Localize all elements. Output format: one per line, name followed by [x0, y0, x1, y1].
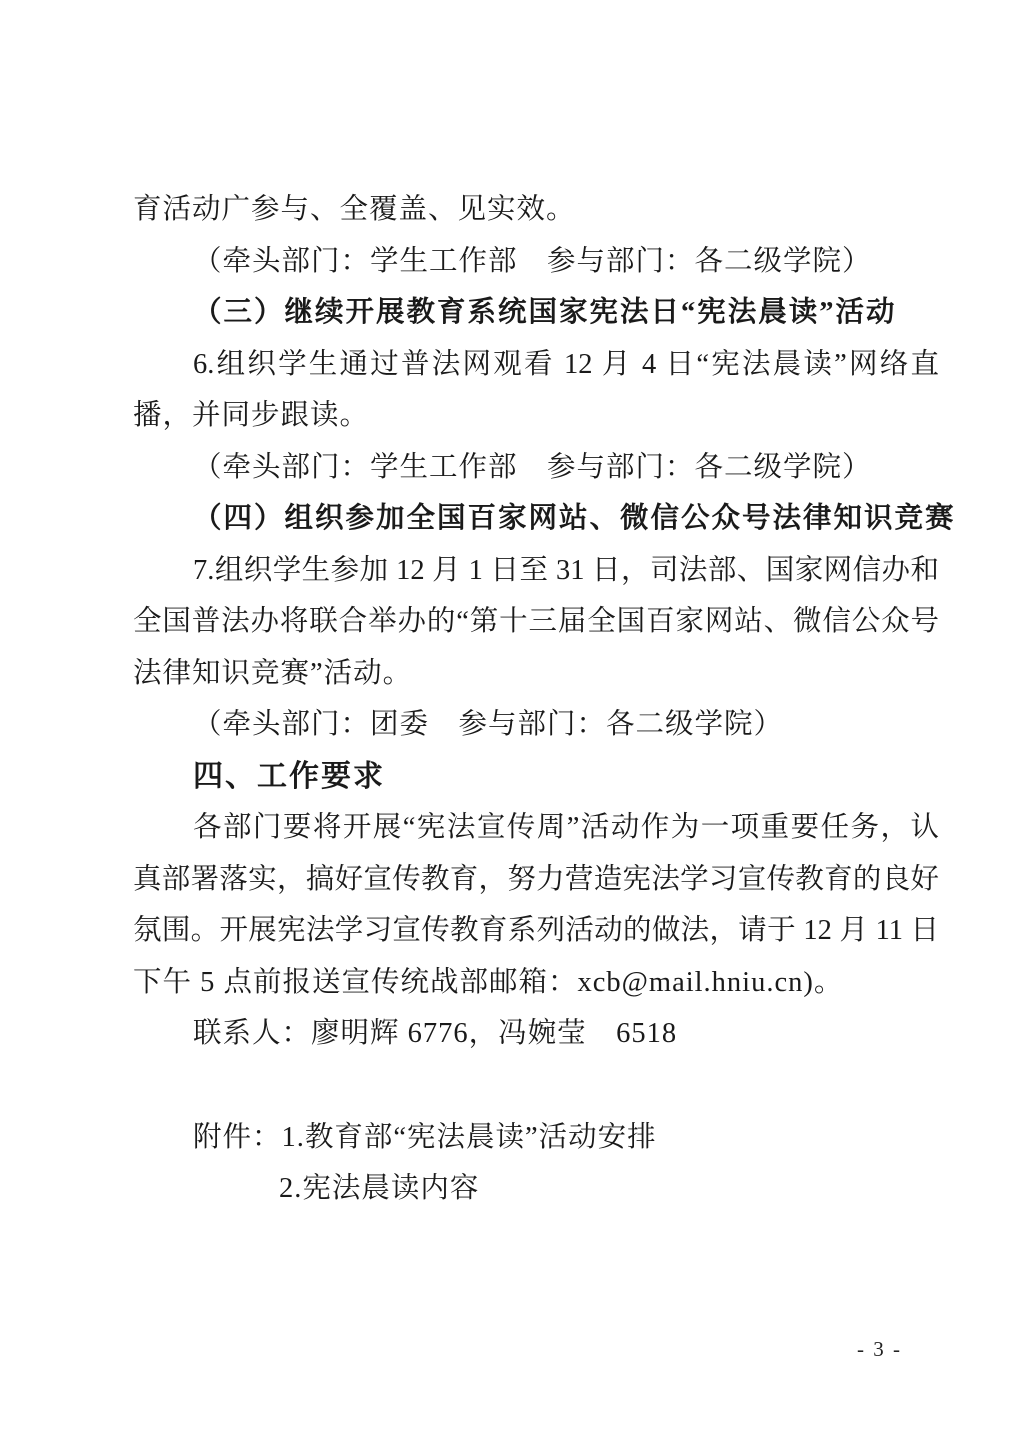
doc-line: 各部门要将开展“宪法宣传周”活动作为一项重要任务，认	[133, 802, 939, 854]
doc-line-email: 下午 5 点前报送宣传统战部邮箱：xcb@mail.hniu.cn)。	[133, 957, 939, 1009]
doc-line: 育活动广参与、全覆盖、见实效。	[133, 184, 939, 236]
page-number: - 3 -	[857, 1337, 902, 1362]
doc-line-attachment-1: 附件：1.教育部“宪法晨读”活动安排	[133, 1112, 939, 1164]
section-heading-requirements: 四、工作要求	[133, 751, 939, 803]
doc-line: 播，并同步跟读。	[133, 390, 939, 442]
doc-line-item-6: 6.组织学生通过普法网观看 12 月 4 日“宪法晨读”网络直	[133, 339, 939, 391]
doc-line: 法律知识竞赛”活动。	[133, 648, 939, 700]
doc-line-departments: （牵头部门：学生工作部 参与部门：各二级学院）	[133, 442, 939, 494]
section-heading-4: （四）组织参加全国百家网站、微信公众号法律知识竞赛	[133, 493, 939, 545]
document-page: 育活动广参与、全覆盖、见实效。 （牵头部门：学生工作部 参与部门：各二级学院） …	[0, 0, 1024, 1448]
doc-line: 真部署落实，搞好宣传教育，努力营造宪法学习宣传教育的良好	[133, 854, 939, 906]
doc-line-contacts: 联系人：廖明辉 6776，冯婉莹 6518	[133, 1008, 939, 1060]
section-heading-3: （三）继续开展教育系统国家宪法日“宪法晨读”活动	[133, 287, 939, 339]
doc-line-departments: （牵头部门：团委 参与部门：各二级学院）	[133, 699, 939, 751]
doc-line-departments: （牵头部门：学生工作部 参与部门：各二级学院）	[133, 236, 939, 288]
doc-line-attachment-2: 2.宪法晨读内容	[133, 1163, 939, 1215]
doc-line-item-7: 7.组织学生参加 12 月 1 日至 31 日，司法部、国家网信办和	[133, 545, 939, 597]
doc-line: 全国普法办将联合举办的“第十三届全国百家网站、微信公众号	[133, 596, 939, 648]
doc-line: 氛围。开展宪法学习宣传教育系列活动的做法，请于 12 月 11 日	[133, 905, 939, 957]
document-body: 育活动广参与、全覆盖、见实效。 （牵头部门：学生工作部 参与部门：各二级学院） …	[133, 0, 939, 1215]
